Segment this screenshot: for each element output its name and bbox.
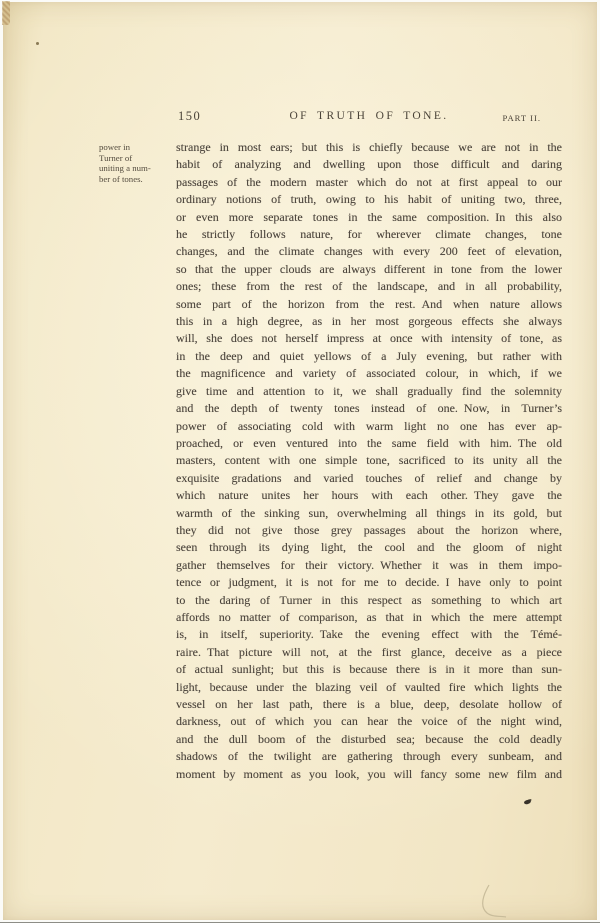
body-line: so that the upper clouds are always diff… xyxy=(176,261,562,278)
body-line: which nature unites her hours with each … xyxy=(176,487,562,504)
body-line: raire. That picture will not, at the fir… xyxy=(176,644,562,661)
body-line: ordinary notions of truth, owing to his … xyxy=(176,191,562,208)
margin-note-line: Turner of xyxy=(99,153,173,164)
body-line: tence or judgment, it is not for me to d… xyxy=(176,574,562,591)
body-line: give time and attention to it, we shall … xyxy=(176,383,562,400)
body-line: in the deep and quiet yellows of a July … xyxy=(176,348,562,365)
body-line: ones; these from the rest of the landsca… xyxy=(176,278,562,295)
body-line: exquisite gradations and varied touches … xyxy=(176,470,562,487)
body-line: of actual sunlight; but this is because … xyxy=(176,661,562,678)
margin-note: power inTurner ofuniting a num-ber of to… xyxy=(99,142,173,185)
body-line: and the dull boom of the disturbed sea; … xyxy=(176,731,562,748)
body-line: changes, and the climate changes with ev… xyxy=(176,243,562,260)
body-line: this in a high degree, as in her most go… xyxy=(176,313,562,330)
book-page-scan: 150 OF TRUTH OF TONE. PART II. power inT… xyxy=(0,0,600,923)
body-line: warmth of the sinking sun, overwhelming … xyxy=(176,505,562,522)
body-line: power of associating cold with warm ligh… xyxy=(176,418,562,435)
part-label: PART II. xyxy=(502,113,541,123)
body-text: strange in most ears; but this is chiefl… xyxy=(176,139,562,783)
margin-note-line: power in xyxy=(99,142,173,153)
body-line: they did not give those grey passages ab… xyxy=(176,522,562,539)
body-line: proached, or even ventured into the same… xyxy=(176,435,562,452)
body-line: habit of analyzing and dwelling upon tho… xyxy=(176,156,562,173)
body-line: vessel on her last path, there is a blue… xyxy=(176,696,562,713)
margin-note-line: uniting a num- xyxy=(99,163,173,174)
body-line: light, because under the blazing veil of… xyxy=(176,679,562,696)
body-line: darkness, out of which you can hear the … xyxy=(176,713,562,730)
body-line: the magnificence and variety of associat… xyxy=(176,365,562,382)
body-line: moment by moment as you look, you will f… xyxy=(176,766,562,783)
body-line: or even more separate tones in the same … xyxy=(176,209,562,226)
body-line: will, she does not herself impress at on… xyxy=(176,330,562,347)
body-line: some part of the horizon from the rest. … xyxy=(176,296,562,313)
body-line: seen through its dying light, the cool a… xyxy=(176,539,562,556)
body-line: is, in itself, superiority. Take the eve… xyxy=(176,626,562,643)
body-line: to the daring of Turner in this respect … xyxy=(176,592,562,609)
body-line: strange in most ears; but this is chiefl… xyxy=(176,139,562,156)
body-line: masters, content with one simple tone, s… xyxy=(176,452,562,469)
margin-note-line: ber of tones. xyxy=(99,174,173,185)
body-line: passages of the modern master which do n… xyxy=(176,174,562,191)
body-line: affords no matter of comparison, as that… xyxy=(176,609,562,626)
body-line: he strictly follows nature, for wherever… xyxy=(176,226,562,243)
body-line: and the depth of twenty tones instead of… xyxy=(176,400,562,417)
body-line: gather themselves for their victory. Whe… xyxy=(176,557,562,574)
body-line: shadows of the twilight are gathering th… xyxy=(176,748,562,765)
paper-speck xyxy=(36,42,39,45)
corner-wear-mark xyxy=(2,1,10,25)
fiber-mark xyxy=(455,875,525,922)
